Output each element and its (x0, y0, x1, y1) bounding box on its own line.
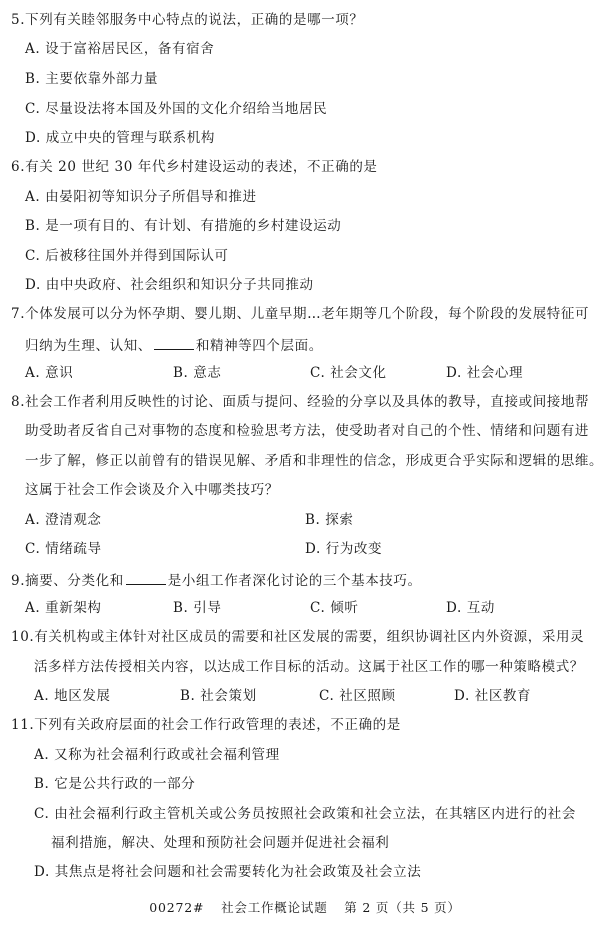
question-11-option-a: A. 又称为社会福利行政或社会福利管理 (34, 746, 280, 764)
question-6-option-c: C. 后被移往国外并得到国际认可 (25, 247, 229, 265)
question-9-stem: 9.摘要、分类化和是小组工作者深化讨论的三个基本技巧。 (11, 570, 422, 590)
question-10-stem-line1: 10.有关机构或主体针对社区成员的需要和社区发展的需要，组织协调社区内外资源，采… (11, 628, 584, 646)
question-7-option-b: B. 意志 (173, 364, 222, 382)
exam-code: 00272# (149, 900, 204, 915)
question-11-option-c: C. 由社会福利行政主管机关或公务员按照社会政策和社会立法，在其辖区内进行的社会 (34, 805, 576, 823)
question-8-stem-line4: 这属于社会工作会谈及介入中哪类技巧？ (25, 481, 279, 499)
page-number: 第 2 页（共 5 页） (344, 900, 460, 915)
question-10-option-c: C. 社区照顾 (319, 687, 396, 705)
question-11-option-b: B. 它是公共行政的一部分 (34, 775, 195, 793)
question-10-option-b: B. 社会策划 (180, 687, 257, 705)
question-9-option-a: A. 重新架构 (25, 599, 102, 617)
page-footer: 00272# 社会工作概论试题 第 2 页（共 5 页） (0, 898, 610, 916)
question-6-option-a: A. 由晏阳初等知识分子所倡导和推进 (25, 188, 257, 206)
question-5-option-a: A. 设于富裕居民区，备有宿舍 (25, 40, 214, 58)
question-9-option-b: B. 引导 (173, 599, 222, 617)
question-11-option-d: D. 其焦点是将社会问题和社会需要转化为社会政策及社会立法 (34, 863, 421, 881)
question-8-option-b: B. 探索 (305, 511, 354, 529)
question-7-option-c: C. 社会文化 (310, 364, 387, 382)
question-10-option-d: D. 社区教育 (454, 687, 531, 705)
question-7-option-a: A. 意识 (25, 364, 73, 382)
question-5-option-d: D. 成立中央的管理与联系机构 (25, 129, 215, 147)
question-5-option-b: B. 主要依靠外部力量 (25, 70, 158, 88)
question-11-option-c-continued: 福利措施，解决、处理和预防社会问题并促进社会福利 (51, 834, 389, 852)
question-6-option-d: D. 由中央政府、社会组织和知识分子共同推动 (25, 276, 314, 294)
question-8-option-c: C. 情绪疏导 (25, 540, 102, 558)
question-6-stem: 6.有关 20 世纪 30 年代乡村建设运动的表述，不正确的是 (11, 158, 378, 176)
question-5-option-c: C. 尽量设法将本国及外国的文化介绍给当地居民 (25, 100, 327, 118)
question-10-option-a: A. 地区发展 (34, 687, 111, 705)
question-9-option-d: D. 互动 (446, 599, 495, 617)
question-7-option-d: D. 社会心理 (446, 364, 523, 382)
question-8-option-d: D. 行为改变 (305, 540, 382, 558)
question-5-stem: 5.下列有关睦邻服务中心特点的说法，正确的是哪一项？ (11, 11, 364, 29)
question-7-stem-line1: 7.个体发展可以分为怀孕期、婴儿期、儿童早期…老年期等几个阶段，每个阶段的发展特… (11, 305, 589, 323)
question-6-option-b: B. 是一项有目的、有计划、有措施的乡村建设运动 (25, 217, 341, 235)
question-8-stem-line2: 助受助者反省自己对事物的态度和检验思考方法，使受助者对自己的个性、情绪和问题有进 (25, 422, 589, 440)
question-7-stem-line2: 归纳为生理、认知、和精神等四个层面。 (25, 335, 323, 355)
question-8-stem-line3: 一步了解，修正以前曾有的错误见解、矛盾和非理性的信念，形成更合乎实际和逻辑的思维… (25, 452, 603, 470)
question-9-option-c: C. 倾听 (310, 599, 358, 617)
exam-title: 社会工作概论试题 (221, 900, 327, 915)
question-10-stem-line2: 活多样方法传授相关内容，以达成工作目标的活动。这属于社区工作的哪一种策略模式？ (34, 658, 584, 676)
fill-blank (154, 335, 194, 350)
question-8-option-a: A. 澄清观念 (25, 511, 102, 529)
fill-blank (126, 570, 166, 585)
question-11-stem: 11.下列有关政府层面的社会工作行政管理的表述，不正确的是 (11, 716, 401, 734)
question-8-stem-line1: 8.社会工作者利用反映性的讨论、面质与提问、经验的分享以及具体的教导，直接或间接… (11, 393, 589, 411)
